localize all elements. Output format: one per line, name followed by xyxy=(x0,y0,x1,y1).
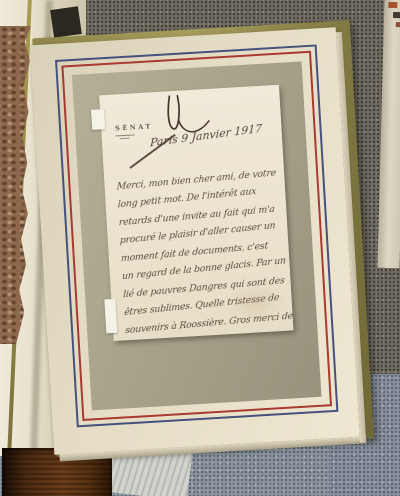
photo-stage: SÉNAT Paris 9 Janvier 1917 Merci, mon bi… xyxy=(0,0,400,496)
letterhead-rule xyxy=(116,134,135,136)
adjacent-item-mark xyxy=(388,2,397,8)
adjacent-item-mark xyxy=(396,22,400,27)
adjacent-item-mark xyxy=(393,12,400,18)
gutter-gap-shadow xyxy=(50,6,82,38)
mounting-tab-top xyxy=(91,109,105,130)
manuscript-letter: SÉNAT Paris 9 Janvier 1917 Merci, mon bi… xyxy=(99,85,293,341)
album-page: SÉNAT Paris 9 Janvier 1917 Merci, mon bi… xyxy=(30,27,360,454)
paper-stain xyxy=(225,281,287,324)
mounting-tab-bottom xyxy=(104,299,117,334)
letterhead-senat: SÉNAT xyxy=(115,122,153,132)
letterhead-rule xyxy=(120,138,130,140)
